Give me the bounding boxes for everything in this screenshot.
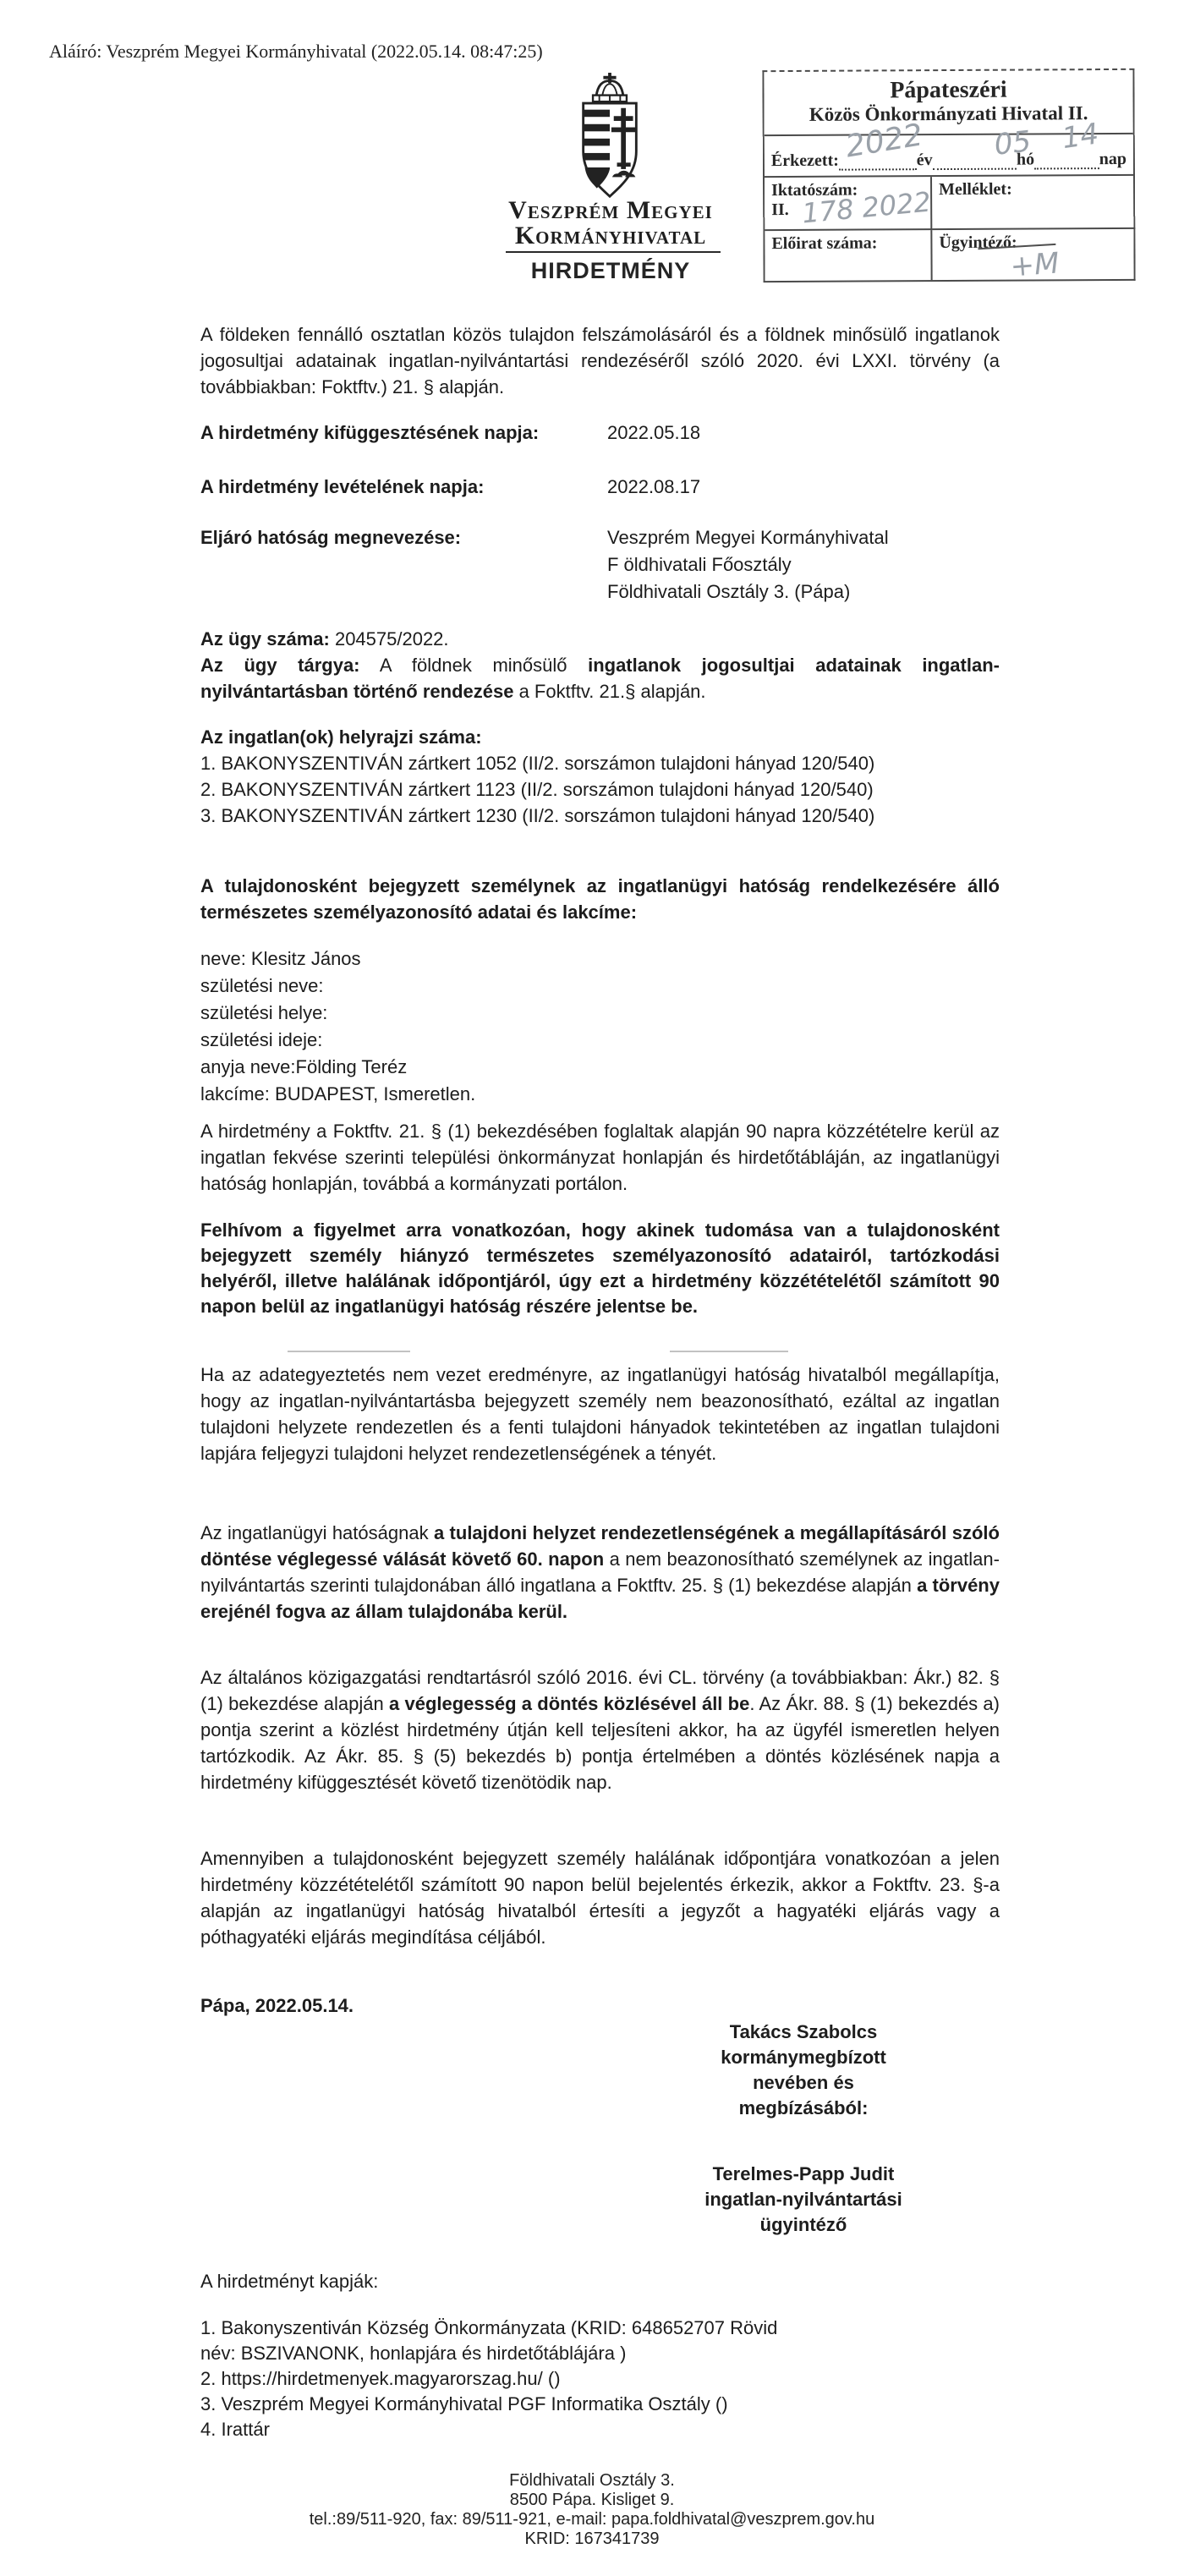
letterhead-divider xyxy=(506,251,721,253)
footer-office: Földhivatali Osztály 3. xyxy=(0,2471,1184,2491)
scanned-document-page: Aláíró: Veszprém Megyei Kormányhivatal (… xyxy=(0,0,1184,2576)
office-name-line2: Kormányhivatal xyxy=(474,223,748,249)
parcels-list: 1. BAKONYSZENTIVÁN zártkert 1052 (II/2. … xyxy=(200,750,1000,829)
paragraph-state-ownership: Az ingatlanügyi hatóságnak a tulajdoni h… xyxy=(200,1520,1000,1625)
removal-date-label: A hirdetmény levételének napja: xyxy=(200,476,484,497)
signature-by-order: megbízásából: xyxy=(651,2096,956,2121)
signature-title: kormánymegbízott xyxy=(651,2045,956,2070)
received-day-suffix: nap xyxy=(1099,150,1126,169)
recipients-list: 1. Bakonyszentiván Község Önkormányzata … xyxy=(200,2316,792,2442)
p5-text: Az ingatlanügyi hatóságnak xyxy=(200,1522,429,1543)
case-number-row: Az ügy száma: 204575/2022. xyxy=(200,626,1000,652)
authority-label: Eljáró hatóság megnevezése: xyxy=(200,527,461,548)
signature-role-line2: ügyintéző xyxy=(651,2212,956,2238)
owner-birth-date: születési ideje: xyxy=(200,1027,1000,1054)
owner-birth-name: születési neve: xyxy=(200,973,1000,1000)
parcels-heading: Az ingatlan(ok) helyrajzi száma: xyxy=(200,724,1000,750)
paragraph-unresolved: Ha az adategyeztetés nem vezet eredményr… xyxy=(200,1362,1000,1466)
prior-doc-label: Előirat száma: xyxy=(771,233,924,254)
signature-name: Terelmes-Papp Judit xyxy=(651,2162,956,2187)
received-year-suffix: év xyxy=(917,151,933,170)
signature-role-line1: ingatlan-nyilvántartási xyxy=(651,2187,956,2212)
signature-block-clerk: Terelmes-Papp Judit ingatlan-nyilvántart… xyxy=(651,2162,956,2238)
owner-data-heading: A tulajdonosként bejegyzett személynek a… xyxy=(200,873,1000,925)
scan-artifact-line xyxy=(288,1351,410,1352)
document-title: HIRDETMÉNY xyxy=(474,258,748,284)
stamp-prior-doc-cell: Előirat száma: xyxy=(765,230,932,281)
authority-name-block: Veszprém Megyei Kormányhivatal F öldhiva… xyxy=(607,524,889,606)
office-name-line1: Veszprém Megyei xyxy=(474,198,748,223)
removal-date-row: A hirdetmény levételének napja: 2022.08.… xyxy=(200,474,1000,500)
footer-krid: KRID: 167341739 xyxy=(0,2529,1184,2549)
owner-data-block: neve: Klesitz János születési neve: szül… xyxy=(200,945,1000,1108)
recipient-item: 1. Bakonyszentiván Község Önkormányzata … xyxy=(200,2316,792,2366)
posting-date-label: A hirdetmény kifüggesztésének napja: xyxy=(200,422,539,443)
authority-line3: Földhivatali Osztály 3. (Pápa) xyxy=(607,578,889,606)
case-subject-text2: a Foktftv. 21.§ alapján. xyxy=(519,681,706,702)
paragraph-legal-basis: A földeken fennálló osztatlan közös tula… xyxy=(200,321,1000,400)
hungarian-coat-of-arms-icon xyxy=(572,73,648,204)
recipients-heading: A hirdetményt kapják: xyxy=(200,2268,1000,2294)
paragraph-publication: A hirdetmény a Foktftv. 21. § (1) bekezd… xyxy=(200,1118,1000,1197)
received-label: Érkezett: xyxy=(771,151,839,171)
posting-date-value: 2022.05.18 xyxy=(607,419,700,446)
stamp-attachment-cell: Melléklet: xyxy=(932,176,1135,230)
handwritten-clerk-initials: +M xyxy=(1009,246,1061,283)
paragraph-finality: Az általános közigazgatási rendtartásról… xyxy=(200,1664,1000,1795)
owner-address: lakcíme: BUDAPEST, Ismeretlen. xyxy=(200,1081,1000,1108)
case-number-label: Az ügy száma: xyxy=(200,628,330,649)
footer-contact: tel.:89/511-920, fax: 89/511-921, e-mail… xyxy=(0,2510,1184,2529)
footer-address: 8500 Pápa. Kisliget 9. xyxy=(0,2491,1184,2510)
case-subject-label: Az ügy tárgya: xyxy=(200,655,360,676)
recipient-item: 4. Irattár xyxy=(200,2417,792,2442)
handwritten-day: 14 xyxy=(1060,117,1101,156)
p6-bold-text: a véglegesség a döntés közlésével áll be xyxy=(389,1693,749,1714)
handwritten-month: 05 xyxy=(993,124,1033,162)
paragraph-probate: Amennyiben a tulajdonosként bejegyzett s… xyxy=(200,1845,1000,1950)
parcel-item: 2. BAKONYSZENTIVÁN zártkert 1123 (II/2. … xyxy=(200,776,1000,803)
case-subject-paragraph: Az ügy tárgya: A földnek minősülő ingatl… xyxy=(200,652,1000,704)
letterhead-office-name: Veszprém Megyei Kormányhivatal xyxy=(474,198,748,249)
authority-line1: Veszprém Megyei Kormányhivatal xyxy=(607,524,889,551)
attachment-label: Melléklet: xyxy=(939,179,1128,200)
recipient-item: 2. https://hirdetmenyek.magyarorszag.hu/… xyxy=(200,2366,792,2392)
received-stamp-box: Pápateszéri Közös Önkormányzati Hivatal … xyxy=(762,69,1135,282)
stamp-title-line1: Pápateszéri xyxy=(764,77,1132,104)
scan-artifact-line xyxy=(670,1351,788,1352)
owner-birth-place: születési helye: xyxy=(200,1000,1000,1027)
removal-date-value: 2022.08.17 xyxy=(607,474,700,500)
posting-date-row: A hirdetmény kifüggesztésének napja: 202… xyxy=(200,419,1000,446)
parcel-item: 3. BAKONYSZENTIVÁN zártkert 1230 (II/2. … xyxy=(200,803,1000,829)
parcel-item: 1. BAKONYSZENTIVÁN zártkert 1052 (II/2. … xyxy=(200,750,1000,776)
signature-name: Takács Szabolcs xyxy=(651,2020,956,2045)
authority-row: Eljáró hatóság megnevezése: Veszprém Meg… xyxy=(200,524,1000,551)
case-number-value: 204575/2022. xyxy=(335,628,449,649)
paragraph-notice-call: Felhívom a figyelmet arra vonatkozóan, h… xyxy=(200,1218,1000,1319)
owner-mother-name: anyja neve:Földing Teréz xyxy=(200,1054,1000,1081)
authority-line2: F öldhivatali Főosztály xyxy=(607,551,889,578)
footer-contact-block: Földhivatali Osztály 3. 8500 Pápa. Kisli… xyxy=(0,2471,1184,2549)
case-subject-text: A földnek minősülő xyxy=(380,655,567,676)
signature-block-commissioner: Takács Szabolcs kormánymegbízott nevében… xyxy=(651,2020,956,2121)
owner-name: neve: Klesitz János xyxy=(200,945,1000,973)
recipient-item: 3. Veszprém Megyei Kormányhivatal PGF In… xyxy=(200,2392,792,2417)
signature-on-behalf: nevében és xyxy=(651,2070,956,2096)
digital-signer-line: Aláíró: Veszprém Megyei Kormányhivatal (… xyxy=(49,41,543,63)
dateline: Pápa, 2022.05.14. xyxy=(200,1992,1000,2019)
